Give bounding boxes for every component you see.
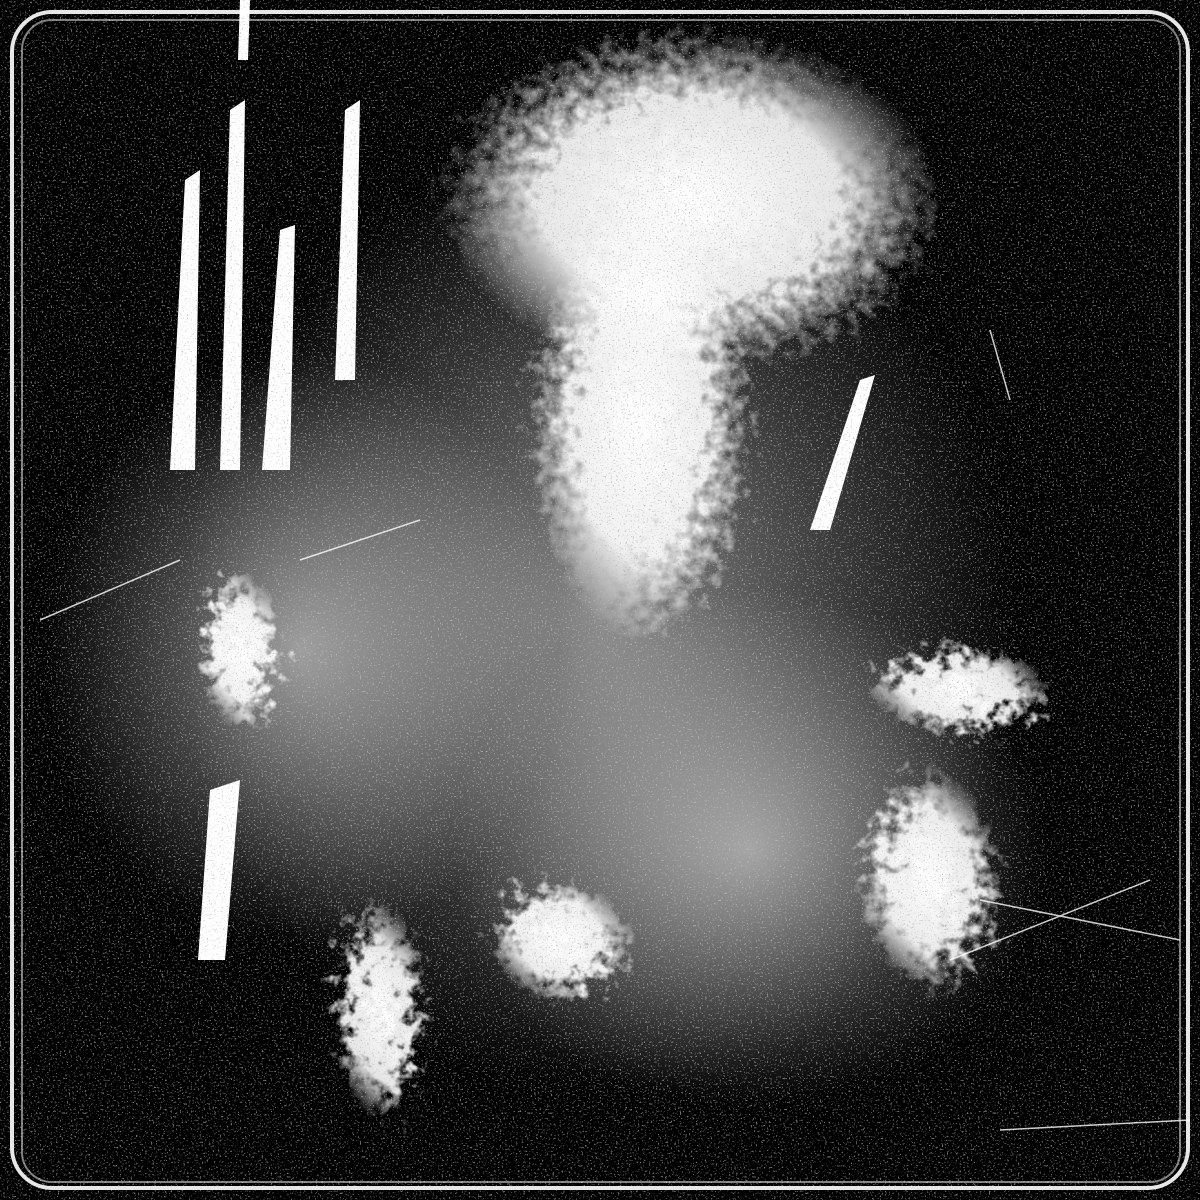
speckle-layer <box>0 0 1200 1200</box>
grunge-texture <box>0 0 1200 1200</box>
texture-canvas <box>0 0 1200 1200</box>
